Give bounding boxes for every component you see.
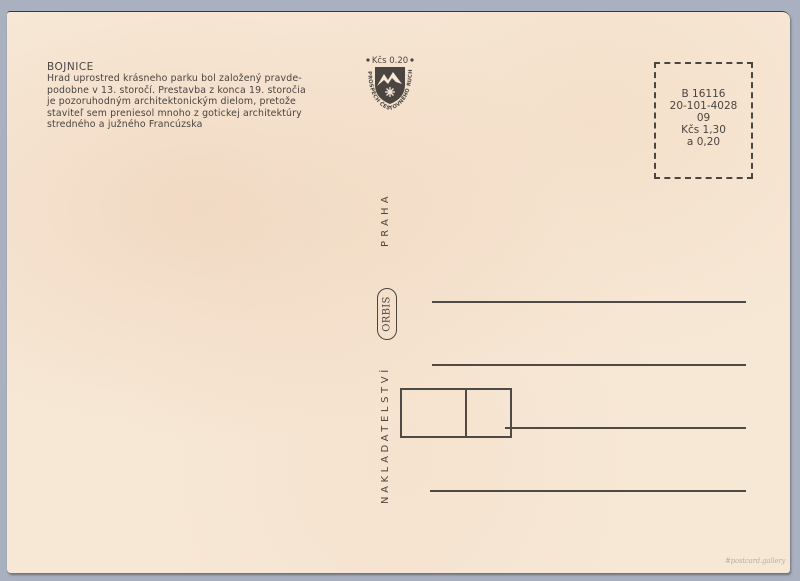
address-line-1[interactable]: [432, 301, 746, 303]
publisher-name: NAKLADATELSTVÍ: [380, 366, 391, 504]
postal-code-box[interactable]: [400, 388, 512, 438]
description-line: Hrad uprostred krásneho parku bol založe…: [47, 73, 306, 84]
description-line: staviteľ sem preniesol mnoho z gotickej …: [47, 108, 306, 119]
shield-mountain-flower-icon: Kčs 0.20 V PROSPECH ČESTOVNÉHO RUCHU: [362, 52, 418, 114]
postcard-back: BOJNICE Hrad uprostred krásneho parku bo…: [7, 11, 790, 573]
print-code: 20-101-4028: [656, 100, 751, 112]
description-line: podobne v 13. storočí. Prestavba z konca…: [47, 85, 306, 96]
stamp-placeholder: B 16116 20-101-4028 09 Kčs 1,30 a 0,20: [654, 62, 753, 179]
watermark: #postcard.gallery: [725, 557, 785, 565]
address-line-4[interactable]: [430, 490, 746, 492]
orbis-logo: ORBIS: [377, 288, 397, 340]
emblem-price: Kčs 0.20: [372, 55, 408, 66]
publisher-city: PRAHA: [380, 192, 391, 247]
address-line-3[interactable]: [505, 427, 746, 429]
orbis-logo-text: ORBIS: [382, 296, 393, 331]
price: Kčs 1,30: [656, 124, 751, 136]
location-title: BOJNICE: [47, 62, 306, 73]
description-line: je pozoruhodným architektonickým dielom,…: [47, 96, 306, 107]
postal-code-divider: [465, 390, 467, 436]
description-line: stredného a južného Francúzska: [47, 119, 306, 130]
description-block: BOJNICE Hrad uprostred krásneho parku bo…: [47, 62, 306, 130]
tourism-emblem: Kčs 0.20 V PROSPECH ČESTOVNÉHO RUCHU: [362, 52, 418, 114]
catalog-number: B 16116: [656, 88, 751, 100]
surcharge: a 0,20: [656, 136, 751, 148]
catalog-info: B 16116 20-101-4028 09 Kčs 1,30 a 0,20: [656, 88, 751, 148]
series-number: 09: [656, 112, 751, 124]
address-line-2[interactable]: [432, 364, 746, 366]
